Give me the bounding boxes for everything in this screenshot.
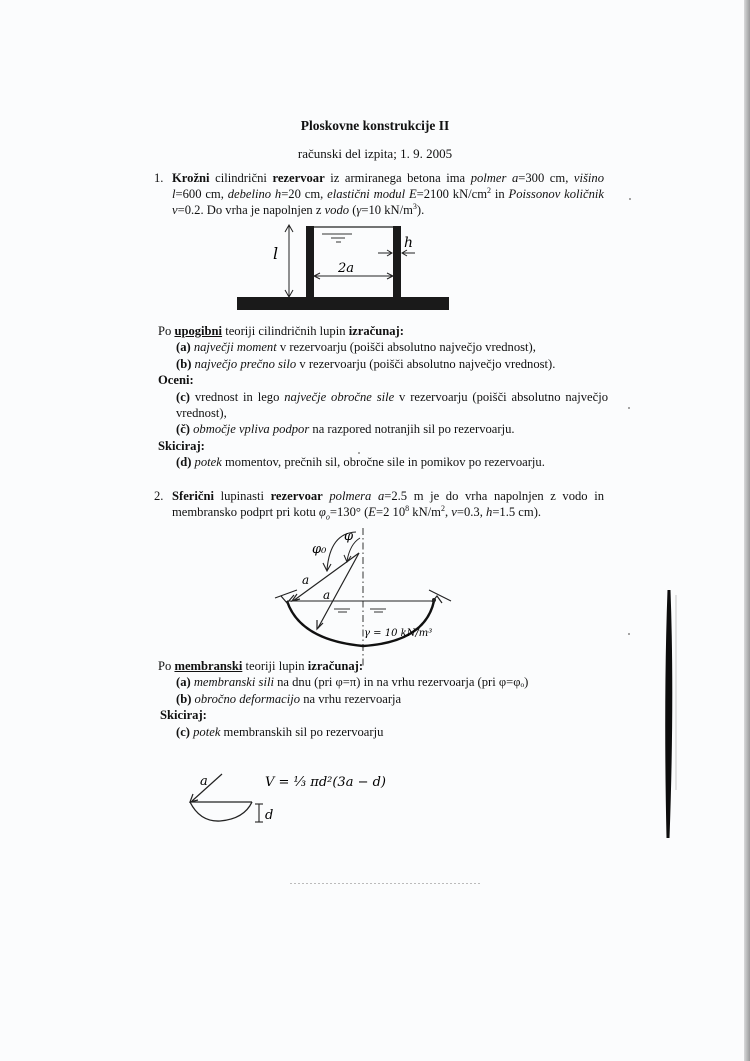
scan-speck: [629, 198, 631, 200]
scan-dotted-line: [290, 883, 480, 884]
scan-speck: [628, 633, 630, 635]
scan-speck: [628, 407, 630, 409]
scan-speck: [358, 452, 360, 454]
scan-streak: [0, 0, 750, 1061]
